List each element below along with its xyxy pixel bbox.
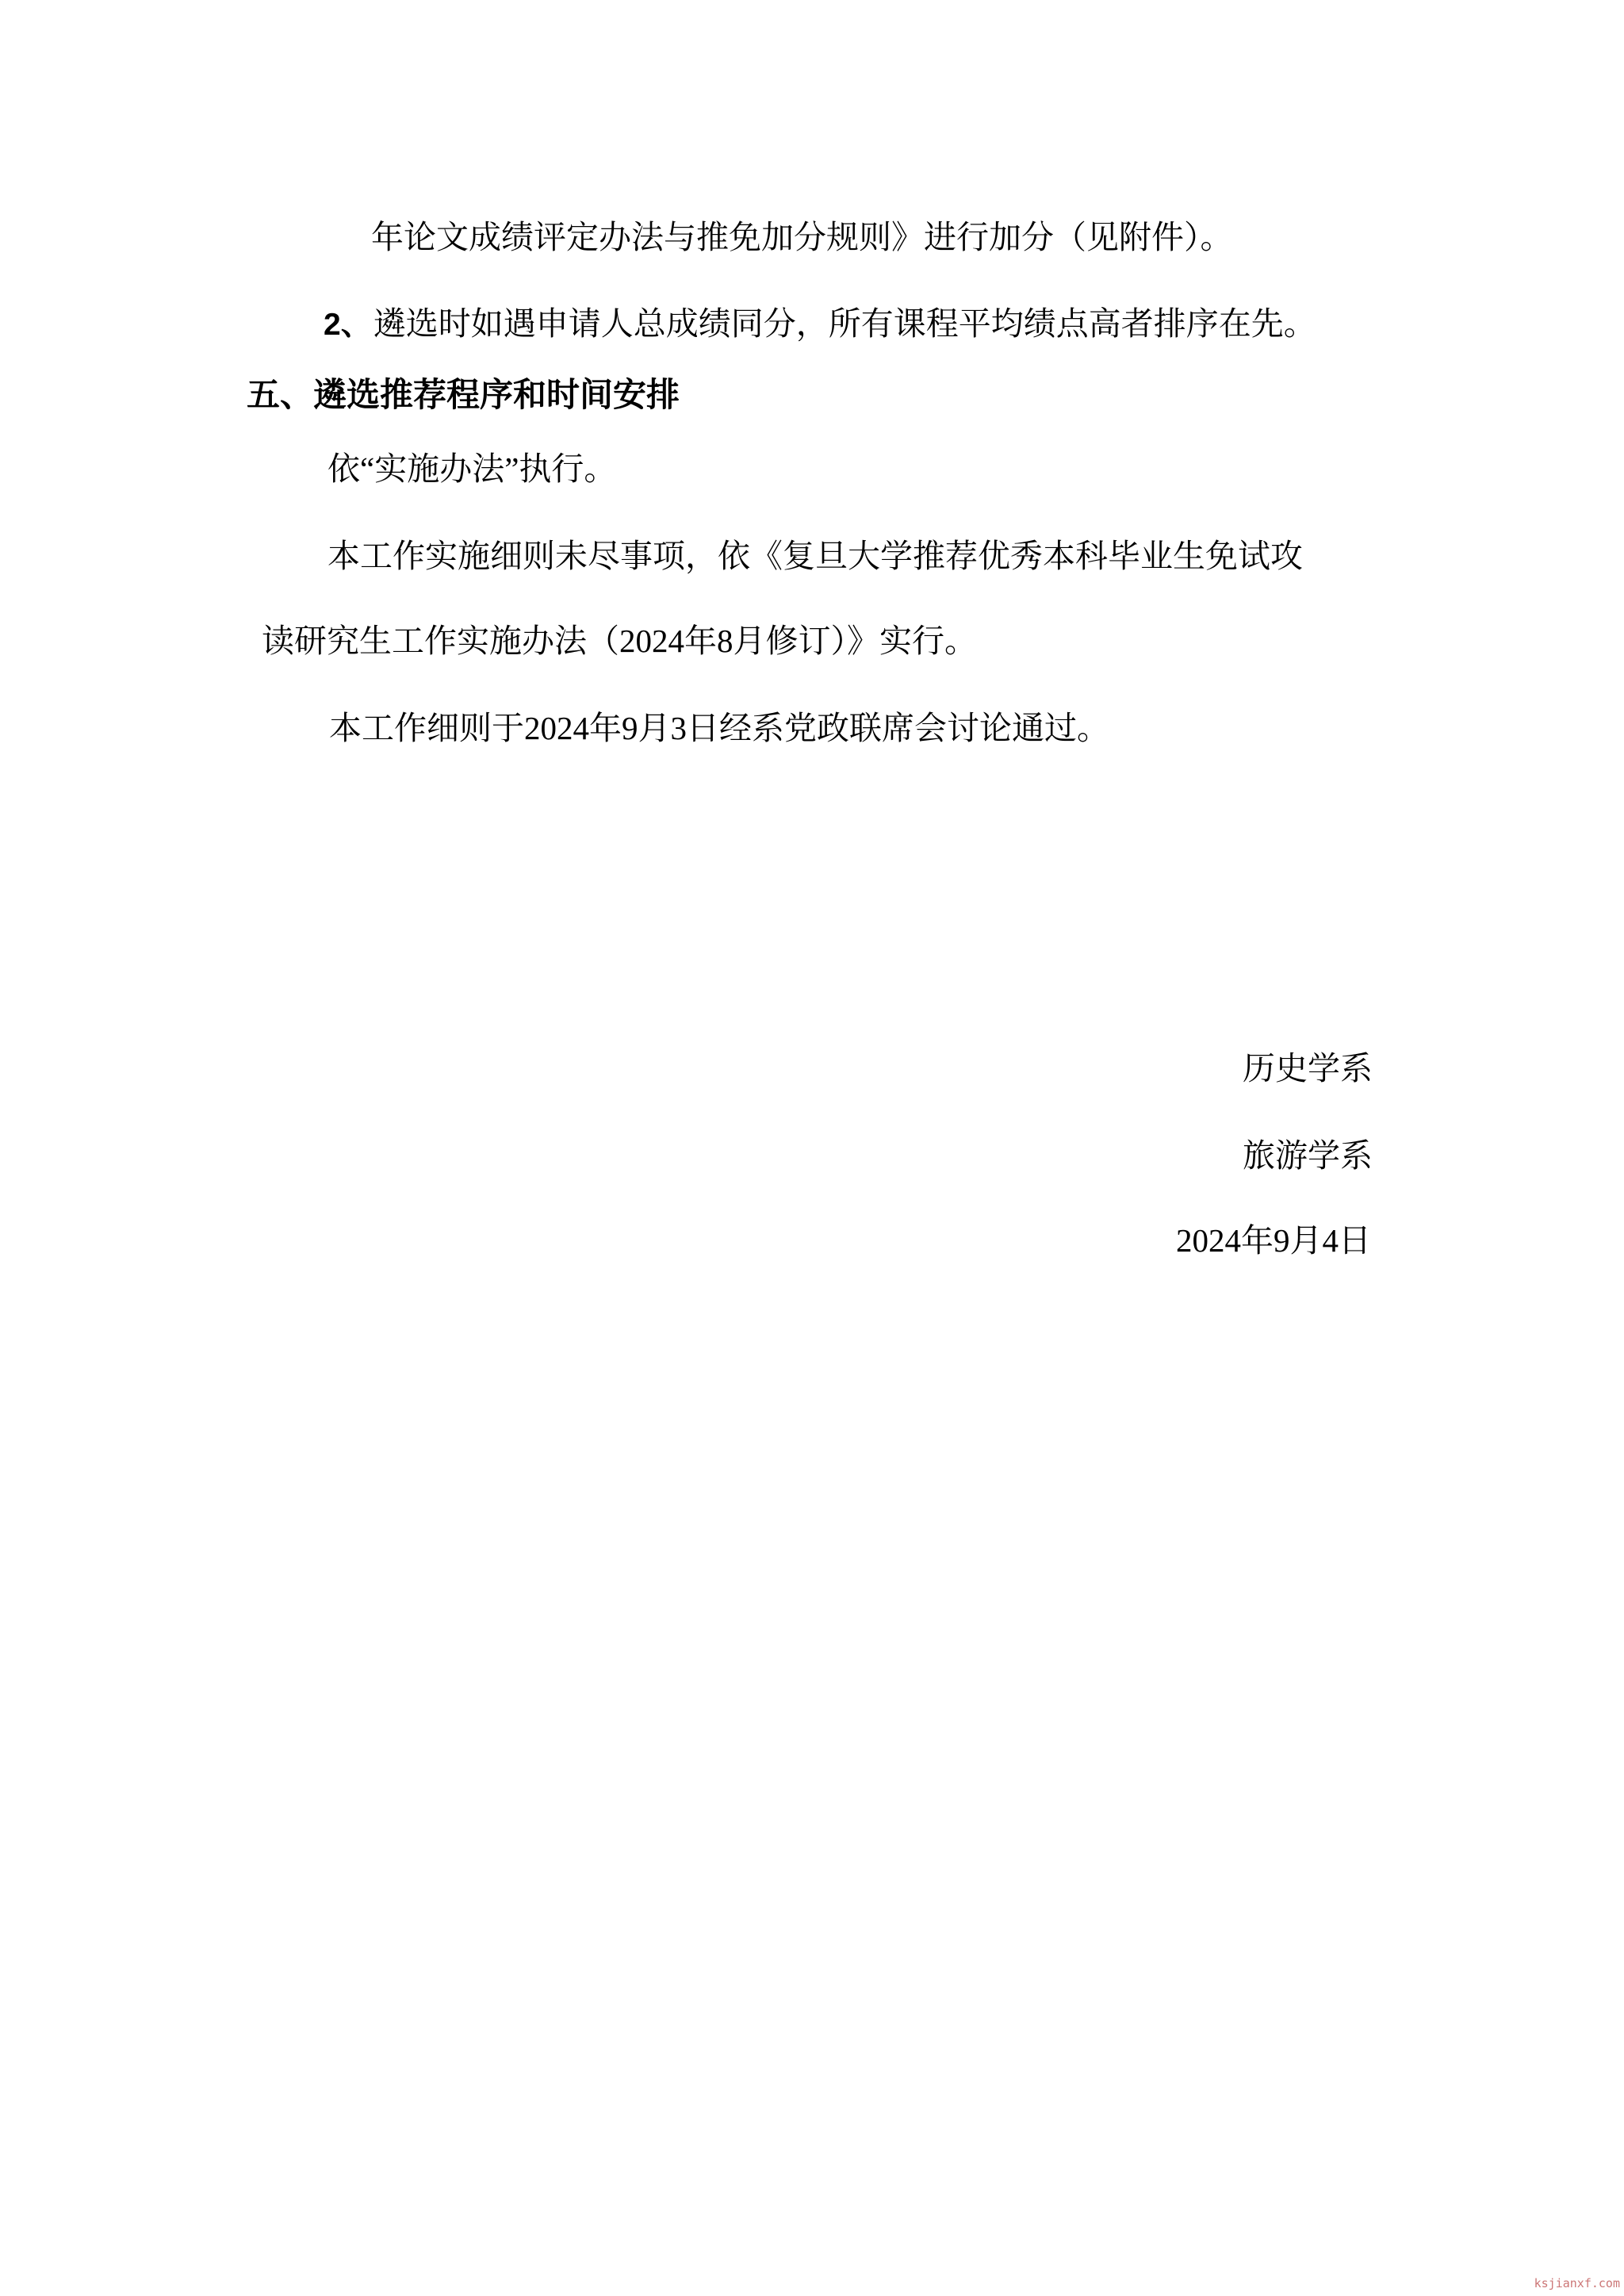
para-unfinished-line1: 本工作实施细则未尽事项，依《复旦大学推荐优秀本科毕业生免试攻	[327, 540, 1303, 573]
item-2-number: 2、	[324, 308, 373, 342]
section-heading-5: 五、遴选推荐程序和时间安排	[247, 379, 680, 412]
doc-line-continuation: 年论文成绩评定办法与推免加分规则》进行加分（见附件）。	[371, 221, 1233, 254]
watermark-site-text: ksjianxf.com	[1534, 2278, 1620, 2290]
document-page: 年论文成绩评定办法与推免加分规则》进行加分（见附件）。 2、遴选时如遇申请人总成…	[0, 0, 1624, 2296]
item-2-text: 遴选时如遇申请人总成绩同分，所有课程平均绩点高者排序在先。	[373, 305, 1316, 342]
para-unfinished-line2: 读研究生工作实施办法（2024年8月修订）》实行。	[262, 625, 977, 657]
signature-dept-tourism: 旅游学系	[1243, 1140, 1373, 1172]
para-execution: 依“实施办法”执行。	[327, 453, 616, 485]
signature-dept-history: 历史学系	[1243, 1052, 1373, 1085]
signature-date: 2024年9月4日	[1176, 1225, 1371, 1257]
para-approval: 本工作细则于2024年9月3日经系党政联席会讨论通过。	[329, 712, 1109, 745]
doc-item-2: 2、遴选时如遇申请人总成绩同分，所有课程平均绩点高者排序在先。	[324, 308, 1316, 340]
